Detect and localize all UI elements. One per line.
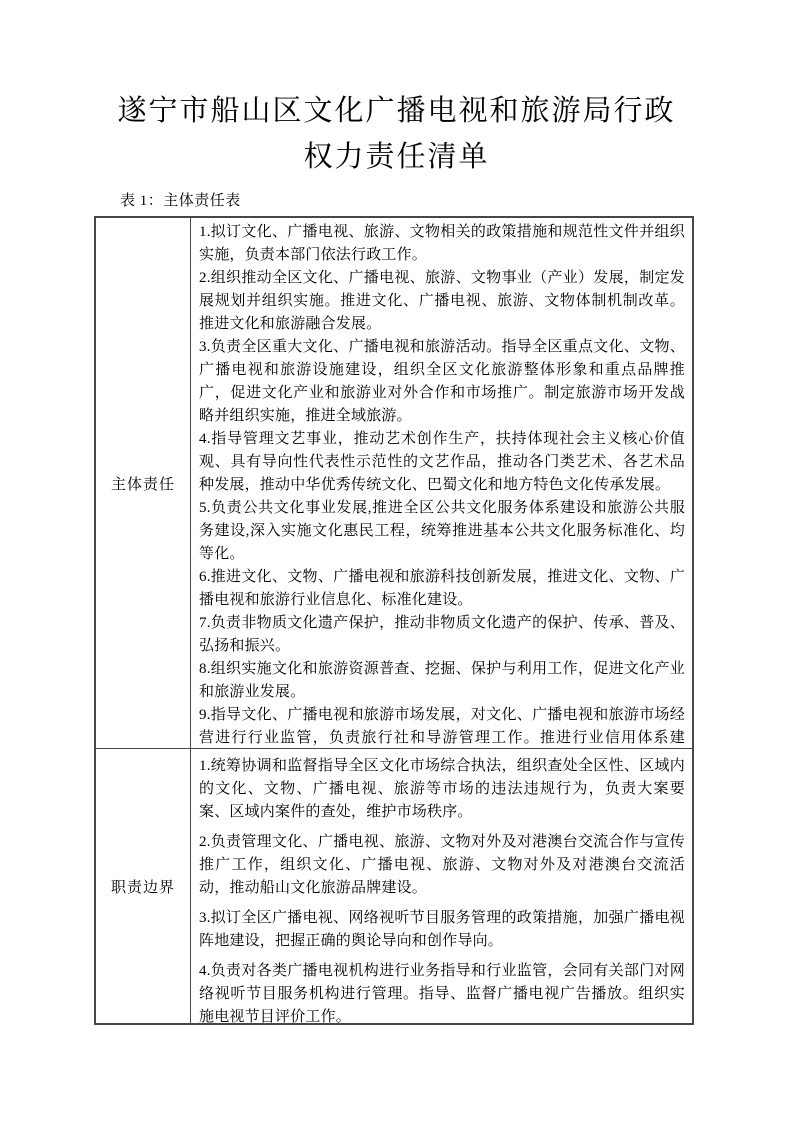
row-label-main-responsibility: 主体责任 [96, 218, 191, 749]
duty-item: 2.组织推动全区文化、广播电视、旅游、文物事业（产业）发展，制定发展规划并组织实… [199, 267, 685, 336]
row-content-main-responsibility: 1.拟订文化、广播电视、旅游、文物相关的政策措施和规范性文件并组织实施，负责本部… [191, 218, 692, 749]
duty-item: 1.拟订文化、广播电视、旅游、文物相关的政策措施和规范性文件并组织实施，负责本部… [199, 221, 685, 267]
row-label-text: 职责边界 [111, 876, 175, 897]
duty-item: 7.负责非物质文化遗产保护，推动非物质文化遗产的保护、传承、普及、弘扬和振兴。 [199, 612, 685, 658]
duty-item: 2.负责管理文化、广播电视、旅游、文物对外及对港澳台交流合作与宣传推广工作，组织… [199, 831, 685, 900]
duty-item: 3.拟订全区广播电视、网络视听节目服务管理的政策措施，加强广播电视阵地建设，把握… [199, 907, 685, 953]
responsibility-table: 主体责任 1.拟订文化、广播电视、旅游、文物相关的政策措施和规范性文件并组织实施… [94, 216, 694, 1025]
document-title: 遂宁市船山区文化广播电视和旅游局行政 权力责任清单 [0, 0, 793, 180]
duty-item: 5.负责公共文化事业发展,推进全区公共文化服务体系建设和旅游公共服务建设,深入实… [199, 497, 685, 566]
document-title-line2: 权力责任清单 [0, 134, 793, 180]
duty-item: 4.负责对各类广播电视机构进行业务指导和行业监管，会同有关部门对网络视听节目服务… [199, 960, 685, 1023]
duty-item: 8.组织实施文化和旅游资源普查、挖掘、保护与利用工作，促进文化产业和旅游业发展。 [199, 658, 685, 704]
duty-item: 1.统筹协调和监督指导全区文化市场综合执法，组织查处全区性、区域内的文化、文物、… [199, 755, 685, 824]
duty-item: 3.负责全区重大文化、广播电视和旅游活动。指导全区重点文化、文物、广播电视和旅游… [199, 336, 685, 428]
duty-item: 9.指导文化、广播电视和旅游市场发展，对文化、广播电视和旅游市场经营进行行业监管… [199, 704, 685, 749]
document-page: 遂宁市船山区文化广播电视和旅游局行政 权力责任清单 表 1：主体责任表 主体责任… [0, 0, 793, 1122]
row-content-duty-boundary: 1.统筹协调和监督指导全区文化市场综合执法，组织查处全区性、区域内的文化、文物、… [191, 749, 692, 1023]
document-title-line1: 遂宁市船山区文化广播电视和旅游局行政 [0, 88, 793, 134]
duty-item: 6.推进文化、文物、广播电视和旅游科技创新发展，推进文化、文物、广播电视和旅游行… [199, 566, 685, 612]
table-caption: 表 1：主体责任表 [120, 192, 793, 210]
duty-item: 4.指导管理文艺事业，推动艺术创作生产，扶持体现社会主义核心价值观、具有导向性代… [199, 428, 685, 497]
row-label-duty-boundary: 职责边界 [96, 749, 191, 1023]
row-label-text: 主体责任 [111, 473, 175, 494]
